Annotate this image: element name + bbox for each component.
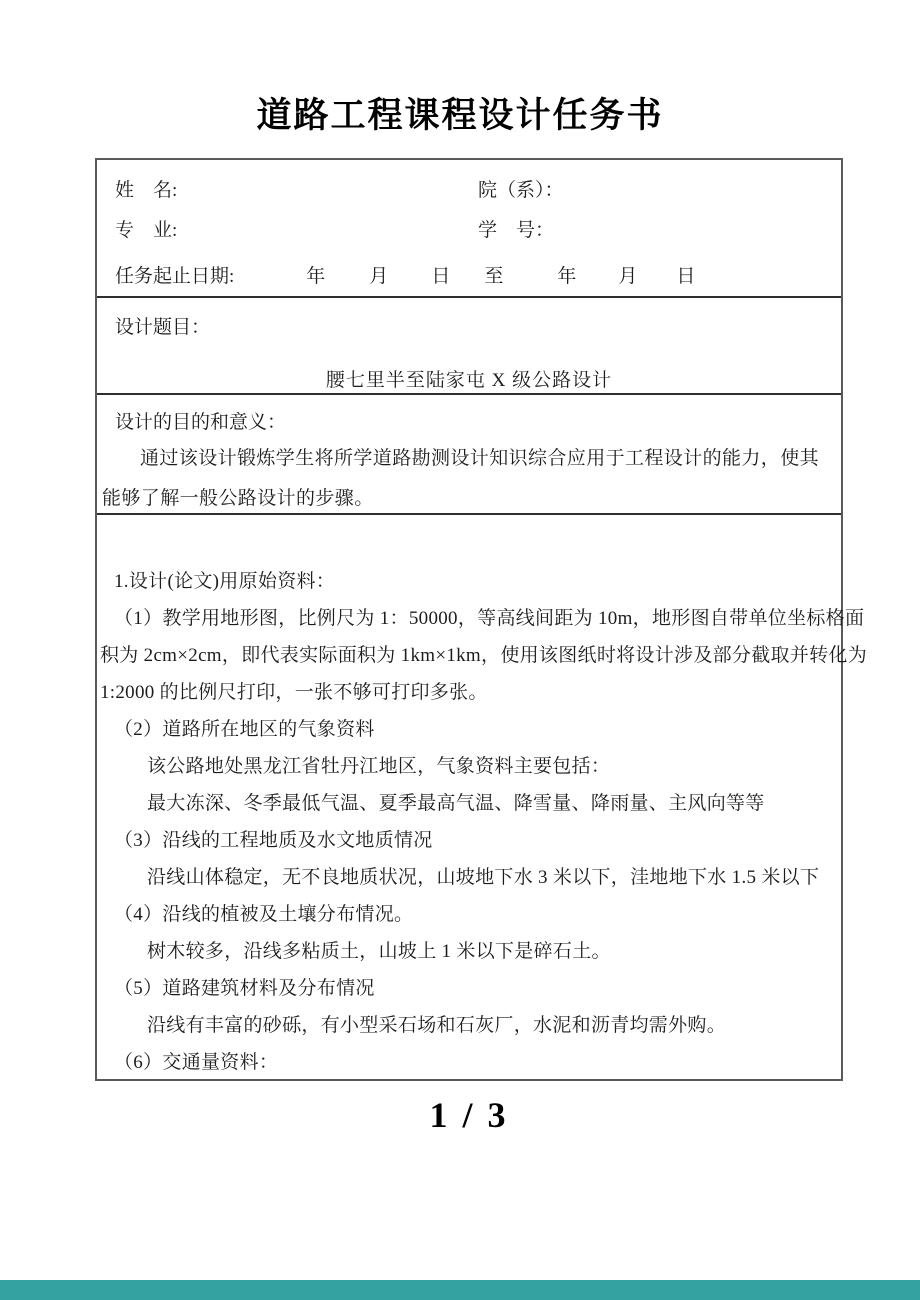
- date-token-year-start: 年: [306, 261, 325, 288]
- name-dept-row: 姓 名: 院（系）：: [115, 168, 823, 208]
- material-line: 1.设计(论文)用原始资料：: [97, 563, 841, 600]
- date-token-year-end: 年: [557, 261, 576, 288]
- date-token-day-end: 日: [676, 261, 695, 288]
- design-topic-label: 设计题目：: [115, 312, 823, 339]
- date-range-label: 任务起止日期:: [115, 261, 234, 288]
- page-title: 道路工程课程设计任务书: [0, 88, 920, 138]
- viewer-footer-bar: [0, 1280, 920, 1300]
- material-line: 该公路地处黑龙江省牡丹江地区，气象资料主要包括：: [97, 748, 841, 785]
- date-token-day-start: 日: [431, 261, 450, 288]
- material-line: （2）道路所在地区的气象资料: [97, 711, 841, 748]
- task-date-row: 任务起止日期: 年 月 日 至 年 月 日: [115, 254, 823, 294]
- purpose-text: 通过该设计锻炼学生将所学道路勘测设计知识综合应用于工程设计的能力，使其能够了解一…: [102, 439, 836, 519]
- material-line: 树木较多，沿线多粘质土，山坡上 1 米以下是碎石土。: [97, 933, 841, 970]
- material-line: （3）沿线的工程地质及水文地质情况: [97, 822, 841, 859]
- purpose-section: 设计的目的和意义： 通过该设计锻炼学生将所学道路勘测设计知识综合应用于工程设计的…: [97, 393, 841, 513]
- major-id-row: 专 业: 学 号：: [115, 208, 823, 248]
- purpose-label: 设计的目的和意义：: [102, 407, 836, 434]
- material-line: （4）沿线的植被及土壤分布情况。: [97, 896, 841, 933]
- date-token-month-start: 月: [369, 261, 388, 288]
- name-field-label: 姓 名:: [115, 175, 478, 202]
- material-line: 最大冻深、冬季最低气温、夏季最高气温、降雪量、降雨量、主风向等等: [97, 785, 841, 822]
- design-topic-section: 设计题目： 腰七里半至陆家屯 X 级公路设计: [97, 296, 841, 393]
- material-line: （6）交通量资料：: [97, 1044, 841, 1081]
- design-topic-value: 腰七里半至陆家屯 X 级公路设计: [115, 365, 823, 392]
- material-line: （5）道路建筑材料及分布情况: [97, 970, 841, 1007]
- date-token-month-end: 月: [618, 261, 637, 288]
- major-field-label: 专 业:: [115, 215, 478, 242]
- header-section: 姓 名: 院（系）： 专 业: 学 号： 任务起止日期: 年 月 日 至 年 月…: [97, 160, 841, 296]
- page-number: 1 / 3: [95, 1094, 843, 1136]
- materials-section: 1.设计(论文)用原始资料： （1）教学用地形图，比例尺为 1：50000，等高…: [97, 513, 841, 1079]
- material-line: 积为 2cm×2cm，即代表实际面积为 1km×1km，使用该图纸时将设计涉及部…: [97, 637, 841, 674]
- material-line: 1:2000 的比例尺打印，一张不够可打印多张。: [97, 674, 841, 711]
- task-form-table: 姓 名: 院（系）： 专 业: 学 号： 任务起止日期: 年 月 日 至 年 月…: [95, 158, 843, 1081]
- student-id-field-label: 学 号：: [478, 215, 554, 242]
- dept-field-label: 院（系）：: [478, 175, 564, 202]
- material-line: 沿线有丰富的砂砾，有小型采石场和石灰厂，水泥和沥青均需外购。: [97, 1007, 841, 1044]
- material-line: （1）教学用地形图，比例尺为 1：50000，等高线间距为 10m，地形图自带单…: [97, 600, 841, 637]
- date-token-to: 至: [484, 261, 503, 288]
- material-line: 沿线山体稳定，无不良地质状况，山坡地下水 3 米以下，洼地地下水 1.5 米以下: [97, 859, 841, 896]
